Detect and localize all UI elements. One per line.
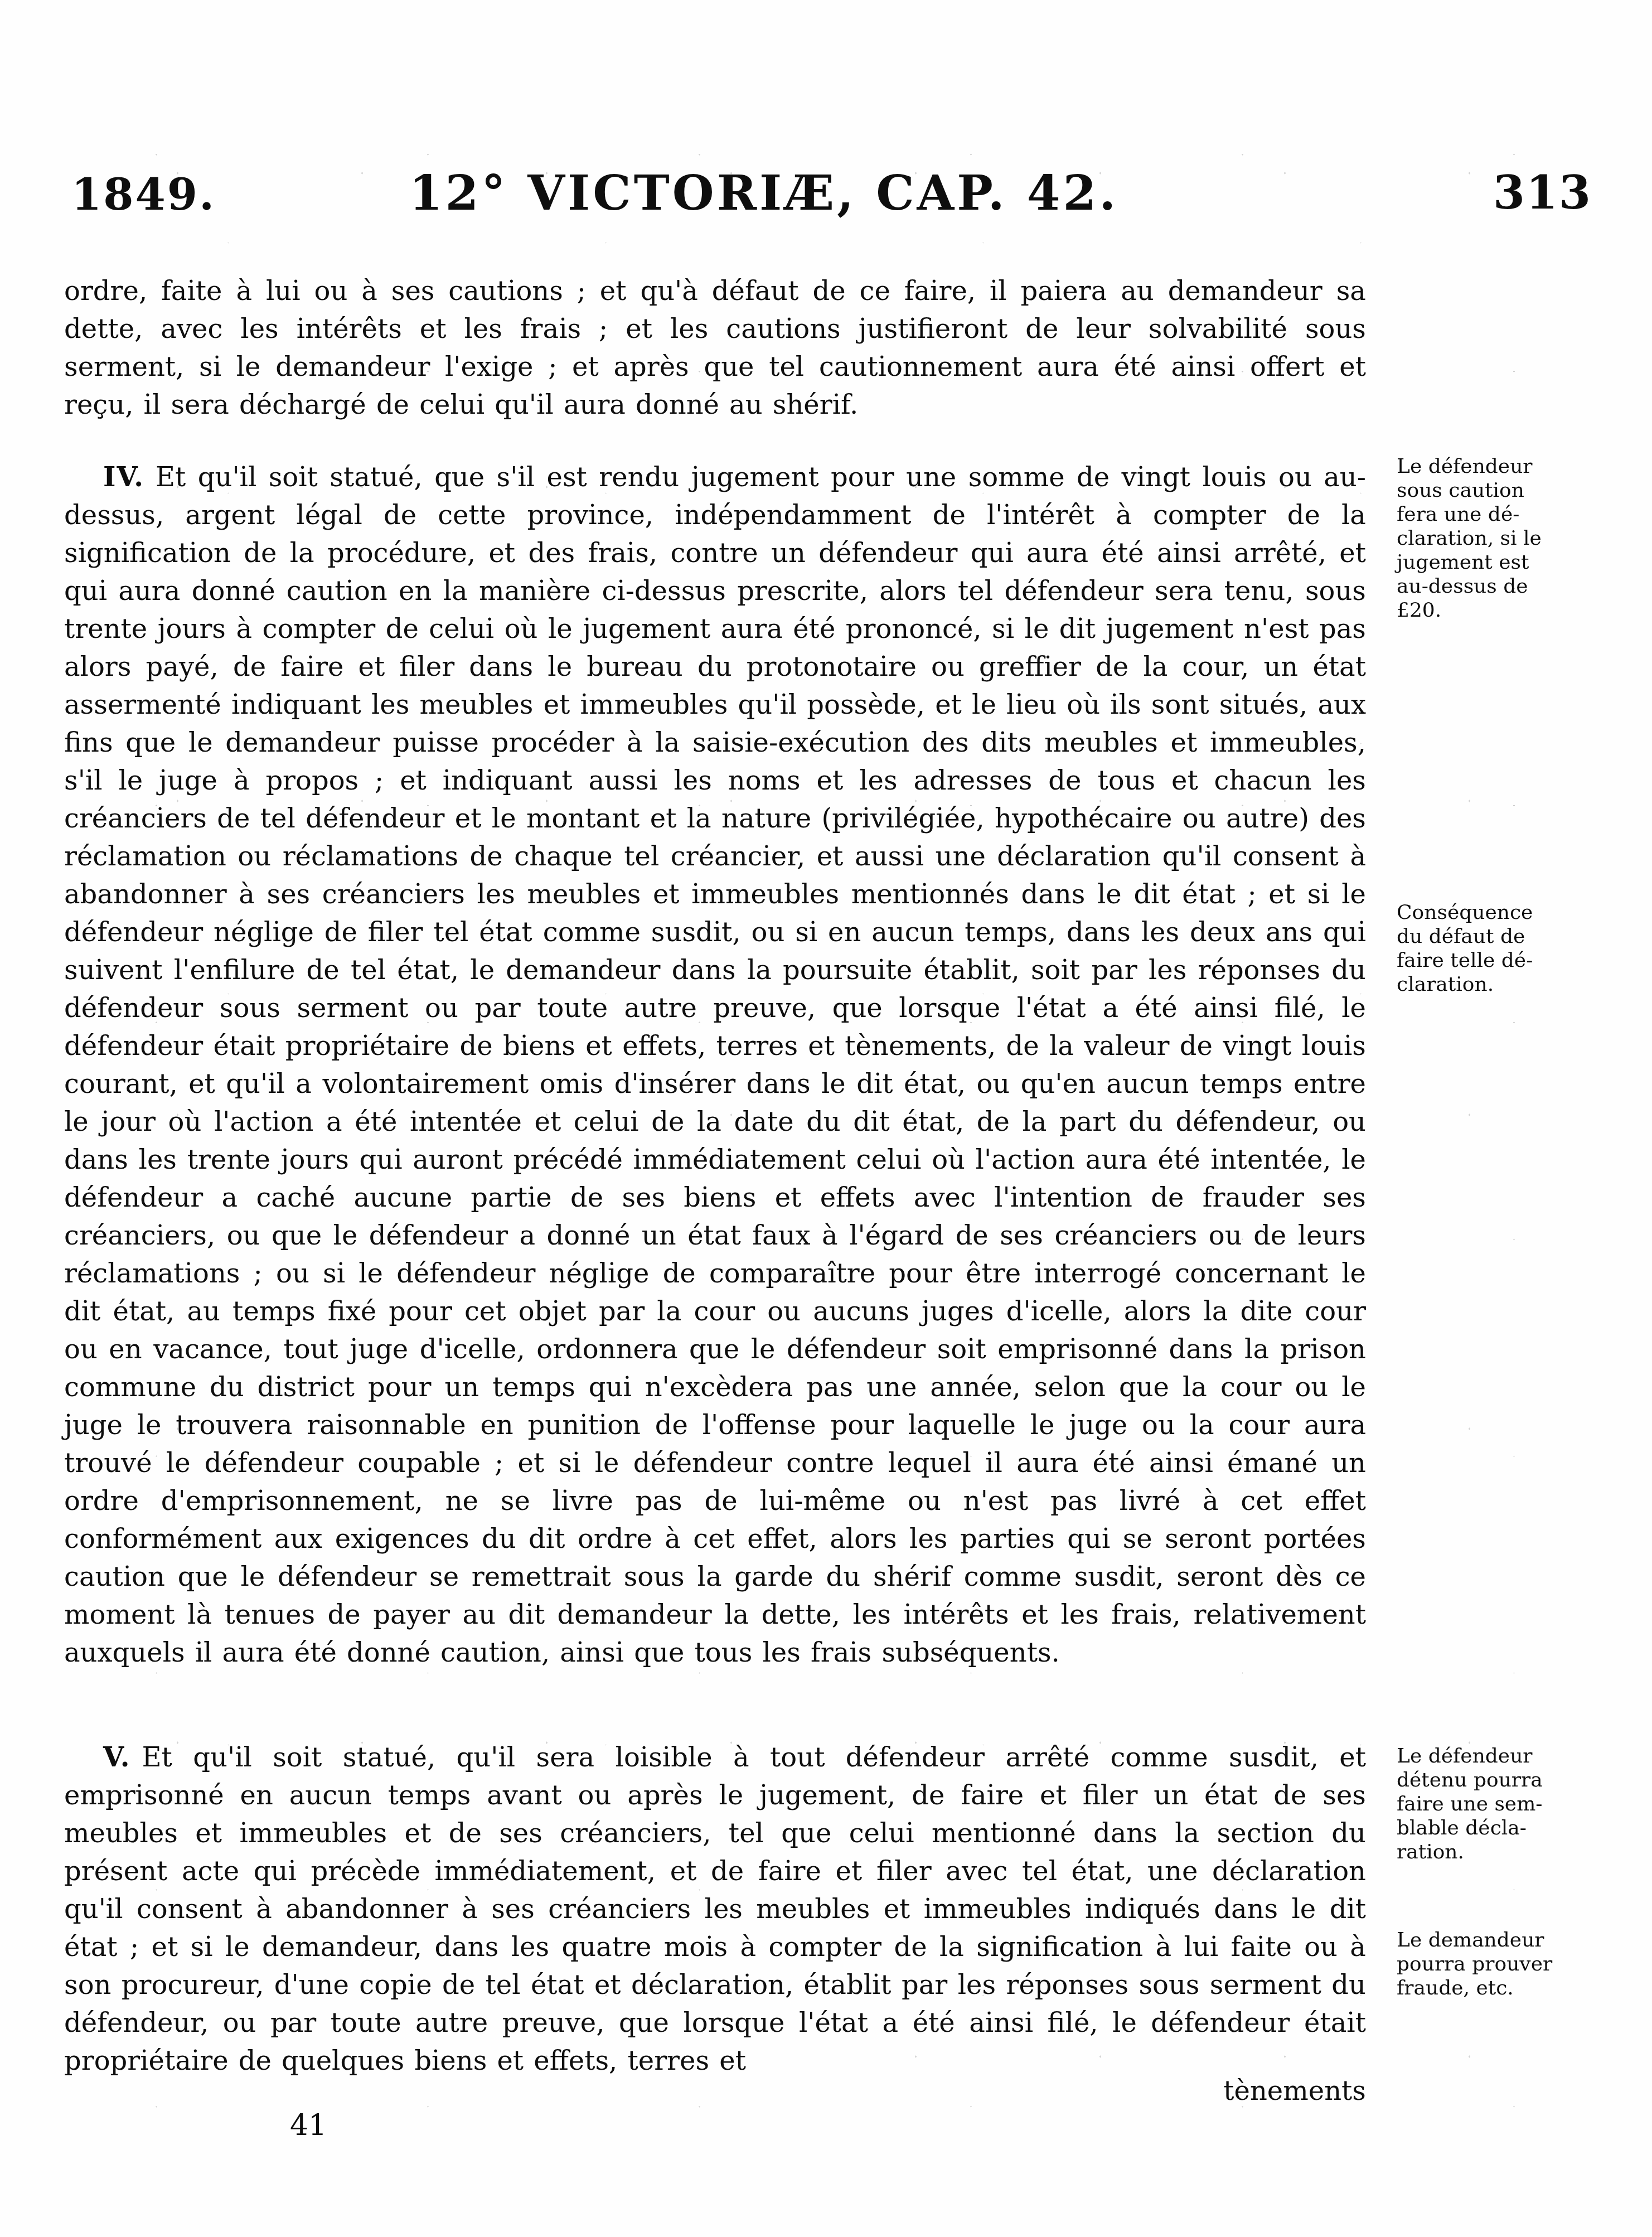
- margin-note: Le demandeur pourra prouver fraude, etc.: [1397, 1928, 1620, 2000]
- page-header: 1849. 12° VICTORIÆ, CAP. 42. 313: [0, 165, 1652, 238]
- page-number: 313: [1493, 166, 1592, 220]
- paragraph-text: ordre, faite à lui ou à ses cautions ; e…: [64, 275, 1366, 420]
- margin-note: Le défendeur détenu pourra faire une sem…: [1397, 1744, 1620, 1864]
- section-number: IV.: [103, 462, 144, 493]
- signature-mark: 41: [290, 2109, 327, 2142]
- section-number: V.: [103, 1742, 131, 1773]
- margin-note: Le défendeur sous caution fera une dé- c…: [1397, 454, 1620, 622]
- paragraph: V.Et qu'il soit statué, qu'il sera loisi…: [64, 1739, 1366, 2080]
- paragraph-text: Et qu'il soit statué, que s'il est rendu…: [64, 462, 1366, 1668]
- catchword: tènements: [64, 2075, 1366, 2107]
- document-page: 1849. 12° VICTORIÆ, CAP. 42. 313 ordre, …: [0, 0, 1652, 2237]
- margin-note: Conséquence du défaut de faire telle dé-…: [1397, 900, 1620, 996]
- chapter-title: 12° VICTORIÆ, CAP. 42.: [190, 165, 1338, 221]
- paragraph-text: Et qu'il soit statué, qu'il sera loisibl…: [64, 1742, 1366, 2076]
- paragraph: IV.Et qu'il soit statué, que s'il est re…: [64, 458, 1366, 1672]
- paragraph: ordre, faite à lui ou à ses cautions ; e…: [64, 272, 1366, 424]
